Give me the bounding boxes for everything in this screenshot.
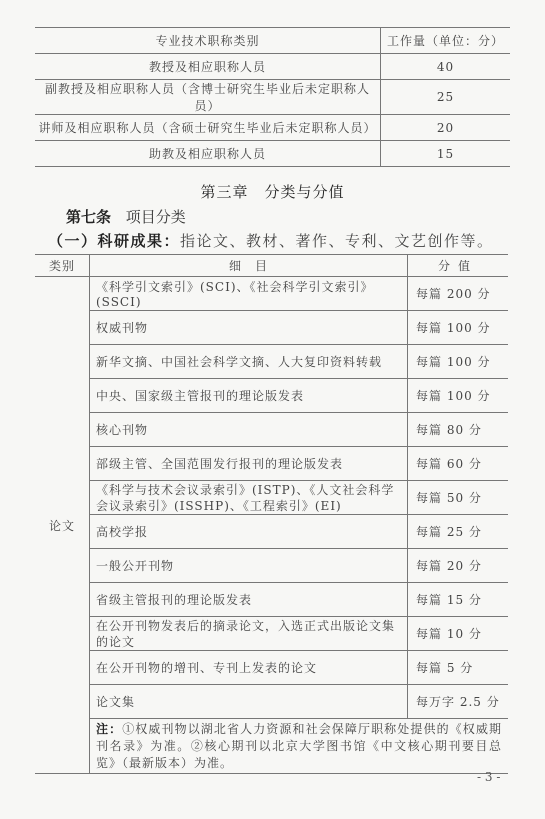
table-note: 注：①权威刊物以湖北省人力资源和社会保障厅职称处提供的《权威期刊名录》为准。②核… [90,719,509,774]
page-number: - 3 - [477,770,500,784]
row-item: 新华文摘、中国社会科学文摘、人大复印资料转载 [90,345,408,379]
row-score: 每篇 100 分 [408,345,509,379]
table-row: 助教及相应职称人员 15 [35,141,510,167]
row-score: 每篇 25 分 [408,515,509,549]
table-row: 权威刊物 每篇 100 分 [35,311,508,345]
row-item: 中央、国家级主管报刊的理论版发表 [90,379,408,413]
note-label: 注： [96,722,122,736]
row-score: 每篇 5 分 [408,651,509,685]
table-row: 论文集 每万字 2.5 分 [35,685,508,719]
note-text: ①权威刊物以湖北省人力资源和社会保障厅职称处提供的《权威期刊名录》为准。②核心期… [96,722,502,770]
row-item: 部级主管、全国范围发行报刊的理论版发表 [90,447,408,481]
table-row: 高校学报 每篇 25 分 [35,515,508,549]
row-score: 15 [381,141,511,167]
row-score: 40 [381,54,511,80]
note-row: 注：①权威刊物以湖北省人力资源和社会保障厅职称处提供的《权威期刊名录》为准。②核… [35,719,508,774]
table-header-row: 专业技术职称类别 工作量（单位：分） [35,28,510,54]
table-row: 中央、国家级主管报刊的理论版发表 每篇 100 分 [35,379,508,413]
row-item: 核心刊物 [90,413,408,447]
chapter-title: 第三章 分类与分值 [0,181,545,202]
row-score: 每篇 10 分 [408,617,509,651]
table-row: 《科学与技术会议录索引》(ISTP)、《人文社会科学会议录索引》(ISSHP)、… [35,481,508,515]
row-title: 副教授及相应职称人员（含博士研究生毕业后未定职称人员） [35,80,381,115]
table-row: 在公开刊物发表后的摘录论文，入选正式出版论文集的论文 每篇 10 分 [35,617,508,651]
row-item: 在公开刊物发表后的摘录论文，入选正式出版论文集的论文 [90,617,408,651]
row-score: 每篇 80 分 [408,413,509,447]
row-score: 20 [381,115,511,141]
table-row: 新华文摘、中国社会科学文摘、人大复印资料转载 每篇 100 分 [35,345,508,379]
table-row: 核心刊物 每篇 80 分 [35,413,508,447]
subsection-text: 指论文、教材、著作、专利、文艺创作等。 [180,232,494,250]
table-row: 副教授及相应职称人员（含博士研究生毕业后未定职称人员） 25 [35,80,510,115]
row-item: 《科学与技术会议录索引》(ISTP)、《人文社会科学会议录索引》(ISSHP)、… [90,481,408,515]
row-title: 讲师及相应职称人员（含硕士研究生毕业后未定职称人员） [35,115,381,141]
table-row: 讲师及相应职称人员（含硕士研究生毕业后未定职称人员） 20 [35,115,510,141]
row-score: 每篇 100 分 [408,311,509,345]
row-item: 《科学引文索引》(SCI)、《社会科学引文索引》(SSCI) [90,277,408,311]
row-score: 每篇 60 分 [408,447,509,481]
row-item: 权威刊物 [90,311,408,345]
row-score: 每篇 15 分 [408,583,509,617]
row-item: 论文集 [90,685,408,719]
article-heading: 第七条 项目分类 [66,206,186,227]
row-title: 助教及相应职称人员 [35,141,381,167]
table-row: 论文 《科学引文索引》(SCI)、《社会科学引文索引》(SSCI) 每篇 200… [35,277,508,311]
header-title-category: 专业技术职称类别 [35,28,381,54]
header-category: 类别 [35,255,90,277]
row-score: 每篇 100 分 [408,379,509,413]
category-cell: 论文 [35,277,90,774]
row-title: 教授及相应职称人员 [35,54,381,80]
article-text: 项目分类 [126,208,186,226]
classification-table: 类别 细 目 分值 论文 《科学引文索引》(SCI)、《社会科学引文索引》(SS… [35,254,508,774]
row-score: 每篇 50 分 [408,481,509,515]
row-item: 省级主管报刊的理论版发表 [90,583,408,617]
table-row: 省级主管报刊的理论版发表 每篇 15 分 [35,583,508,617]
article-label: 第七条 [66,208,111,226]
row-score: 每篇 20 分 [408,549,509,583]
workload-table: 专业技术职称类别 工作量（单位：分） 教授及相应职称人员 40 副教授及相应职称… [35,27,510,167]
table-row: 在公开刊物的增刊、专刊上发表的论文 每篇 5 分 [35,651,508,685]
table-header-row: 类别 细 目 分值 [35,255,508,277]
row-score: 每万字 2.5 分 [408,685,509,719]
header-workload: 工作量（单位：分） [381,28,511,54]
row-item: 在公开刊物的增刊、专刊上发表的论文 [90,651,408,685]
row-item: 高校学报 [90,515,408,549]
subsection-heading: （一）科研成果：指论文、教材、著作、专利、文艺创作等。 [48,230,494,251]
header-score: 分值 [408,255,509,277]
header-item: 细 目 [90,255,408,277]
subsection-label: （一）科研成果： [48,232,180,250]
table-row: 教授及相应职称人员 40 [35,54,510,80]
table-row: 一般公开刊物 每篇 20 分 [35,549,508,583]
row-item: 一般公开刊物 [90,549,408,583]
row-score: 每篇 200 分 [408,277,509,311]
table-row: 部级主管、全国范围发行报刊的理论版发表 每篇 60 分 [35,447,508,481]
row-score: 25 [381,80,511,115]
